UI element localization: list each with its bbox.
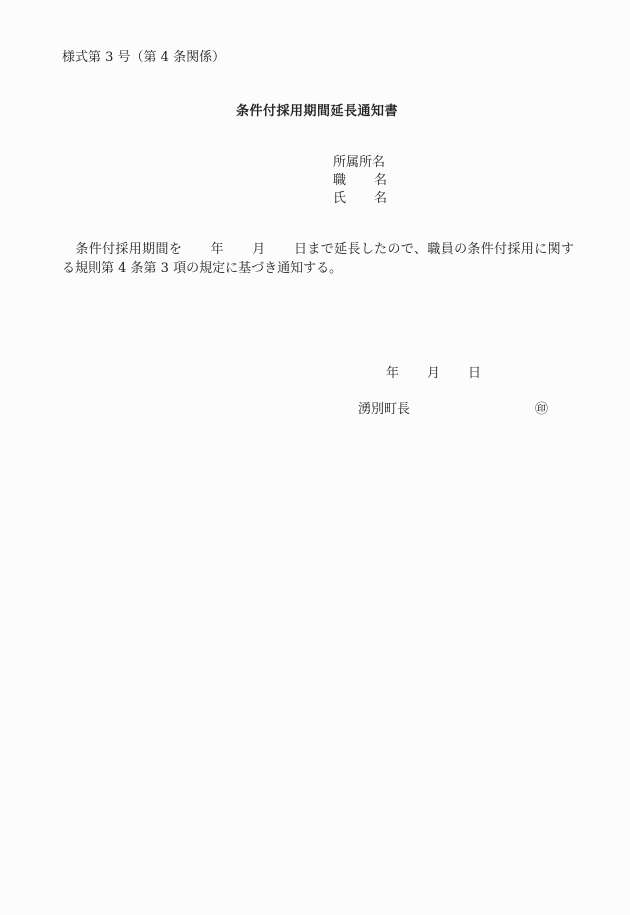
body-paragraph: 条件付採用期間を年月日まで延長したので、職員の条件付採用に関する規則第 4 条第… <box>62 240 574 278</box>
document-page: 様式第 3 号（第 4 条関係） 条件付採用期間延長通知書 所属所名 職 名 氏… <box>0 0 630 915</box>
seal-icon: ㊞ <box>535 401 548 419</box>
recipient-block: 所属所名 職 名 氏 名 <box>333 154 387 208</box>
recipient-name-label-left: 氏 <box>333 190 346 208</box>
recipient-name-label-right: 名 <box>374 190 387 208</box>
form-number: 様式第 3 号（第 4 条関係） <box>62 49 225 67</box>
recipient-name-row: 氏 名 <box>333 190 387 208</box>
body-month-label: 月 <box>252 242 266 257</box>
issue-date: 年月日 <box>386 365 481 383</box>
body-text-part1: 条件付採用期間を <box>75 242 182 257</box>
document-title: 条件付採用期間延長通知書 <box>0 103 630 121</box>
recipient-position-label-left: 職 <box>333 172 346 190</box>
body-year-label: 年 <box>210 242 224 257</box>
body-day-label: 日 <box>294 242 308 257</box>
recipient-position-row: 職 名 <box>333 172 387 190</box>
issuer-name: 湧別町長 <box>358 402 410 417</box>
recipient-affiliation-label: 所属所名 <box>333 154 385 172</box>
recipient-position-label-right: 名 <box>374 172 387 190</box>
date-month-label: 月 <box>427 365 440 383</box>
recipient-affiliation-row: 所属所名 <box>333 154 387 172</box>
signature-line: 湧別町長 ㊞ <box>358 401 548 419</box>
date-year-label: 年 <box>386 365 399 383</box>
date-day-label: 日 <box>468 365 481 383</box>
